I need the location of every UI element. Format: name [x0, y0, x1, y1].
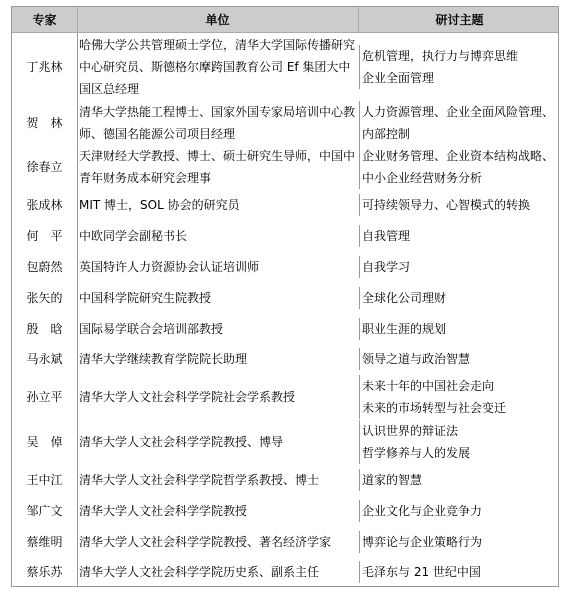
expert-unit: 天津财经大学教授、博士、硕士研究生导师，中国中青年财务成本研究会理事	[78, 145, 359, 189]
expert-topic-text: 危机管理，执行力与博弈思维 企业全面管理	[359, 45, 558, 89]
column-header-unit: 单位	[78, 7, 359, 32]
table-row: 孙立平 清华大学人文社会科学学院社会学系教授 未来十年的中国社会走向 未来的市场…	[12, 374, 558, 419]
expert-name: 吴 倬	[12, 419, 78, 464]
expert-topic-text: 自我学习	[359, 256, 558, 278]
table-row: 王中江 清华大学人文社会科学学院哲学系教授、博士 道家的智慧	[12, 464, 558, 495]
expert-topic-text: 博弈论与企业策略行为	[359, 531, 558, 553]
expert-topic-text: 认识世界的辩证法 哲学修养与人的发展	[359, 420, 558, 464]
expert-unit: MIT 博士，SOL 协会的研究员	[78, 189, 359, 220]
expert-topic: 可持续领导力、心智模式的转换	[359, 189, 558, 220]
expert-topic: 道家的智慧	[359, 464, 558, 495]
table-header-row: 专家 单位 研讨主题	[12, 7, 558, 33]
expert-name: 张成林	[12, 189, 78, 220]
expert-topic: 未来十年的中国社会走向 未来的市场转型与社会变迁	[359, 374, 558, 419]
expert-topic: 认识世界的辩证法 哲学修养与人的发展	[359, 419, 558, 464]
expert-unit: 清华大学人文社会科学学院历史系、副系主任	[78, 557, 359, 586]
column-header-topic: 研讨主题	[359, 7, 558, 32]
expert-topic: 自我学习	[359, 251, 558, 282]
expert-topic-text: 人力资源管理、企业全面风险管理、内部控制	[359, 101, 558, 145]
table-row: 徐春立 天津财经大学教授、博士、硕士研究生导师，中国中青年财务成本研究会理事 企…	[12, 145, 558, 189]
expert-name: 包蔚然	[12, 251, 78, 282]
expert-unit: 清华大学热能工程博士、国家外国专家局培训中心教师、德国名能源公司项目经理	[78, 101, 359, 145]
table-row: 丁兆林 哈佛大学公共管理硕士学位，清华大学国际传播研究中心研究员、斯德格尔摩跨国…	[12, 33, 558, 101]
expert-name: 丁兆林	[12, 33, 78, 101]
expert-name: 张矢的	[12, 282, 78, 313]
expert-topic-text: 企业文化与企业竞争力	[359, 500, 558, 522]
expert-topic: 领导之道与政治智慧	[359, 344, 558, 374]
table-row: 包蔚然 英国特许人力资源协会认证培训师 自我学习	[12, 251, 558, 282]
table-row: 马永斌 清华大学继续教育学院院长助理 领导之道与政治智慧	[12, 344, 558, 374]
expert-name: 马永斌	[12, 344, 78, 374]
expert-name: 孙立平	[12, 374, 78, 419]
expert-unit: 清华大学人文社会科学学院社会学系教授	[78, 374, 359, 419]
table-row: 贺 林 清华大学热能工程博士、国家外国专家局培训中心教师、德国名能源公司项目经理…	[12, 101, 558, 145]
expert-name: 蔡维明	[12, 526, 78, 557]
expert-topic-text: 全球化公司理财	[359, 287, 558, 309]
expert-unit: 国际易学联合会培训部教授	[78, 313, 359, 344]
expert-unit: 清华大学人文社会科学学院教授、博导	[78, 419, 359, 464]
experts-table: 专家 单位 研讨主题 丁兆林 哈佛大学公共管理硕士学位，清华大学国际传播研究中心…	[11, 6, 559, 587]
expert-topic: 博弈论与企业策略行为	[359, 526, 558, 557]
expert-topic: 危机管理，执行力与博弈思维 企业全面管理	[359, 33, 558, 101]
expert-topic-text: 可持续领导力、心智模式的转换	[359, 194, 558, 216]
expert-topic-text: 职业生涯的规划	[359, 318, 558, 340]
expert-name: 徐春立	[12, 145, 78, 189]
table-row: 殷 晗 国际易学联合会培训部教授 职业生涯的规划	[12, 313, 558, 344]
expert-unit: 清华大学继续教育学院院长助理	[78, 344, 359, 374]
expert-unit: 英国特许人力资源协会认证培训师	[78, 251, 359, 282]
expert-unit: 清华大学人文社会科学学院教授	[78, 495, 359, 526]
table-row: 蔡维明 清华大学人文社会科学学院教授、著名经济学家 博弈论与企业策略行为	[12, 526, 558, 557]
expert-topic: 企业文化与企业竞争力	[359, 495, 558, 526]
expert-topic: 企业财务管理、企业资本结构战略、中小企业经营财务分析	[359, 145, 558, 189]
table-row: 张成林 MIT 博士，SOL 协会的研究员 可持续领导力、心智模式的转换	[12, 189, 558, 220]
expert-topic: 毛泽东与 21 世纪中国	[359, 557, 558, 586]
expert-topic-text: 自我管理	[359, 225, 558, 247]
table-row: 吴 倬 清华大学人文社会科学学院教授、博导 认识世界的辩证法 哲学修养与人的发展	[12, 419, 558, 464]
expert-name: 蔡乐苏	[12, 557, 78, 586]
table-row: 邹广文 清华大学人文社会科学学院教授 企业文化与企业竞争力	[12, 495, 558, 526]
expert-topic: 自我管理	[359, 220, 558, 251]
expert-unit: 清华大学人文社会科学学院教授、著名经济学家	[78, 526, 359, 557]
expert-unit: 哈佛大学公共管理硕士学位，清华大学国际传播研究中心研究员、斯德格尔摩跨国教育公司…	[78, 33, 359, 101]
expert-unit: 中欧同学会副秘书长	[78, 220, 359, 251]
expert-name: 王中江	[12, 464, 78, 495]
expert-name: 何 平	[12, 220, 78, 251]
table-row: 何 平 中欧同学会副秘书长 自我管理	[12, 220, 558, 251]
expert-name: 贺 林	[12, 101, 78, 145]
expert-topic-text: 领导之道与政治智慧	[359, 348, 558, 370]
expert-topic-text: 道家的智慧	[359, 469, 558, 491]
expert-topic-text: 企业财务管理、企业资本结构战略、中小企业经营财务分析	[359, 145, 558, 189]
expert-name: 殷 晗	[12, 313, 78, 344]
expert-unit: 中国科学院研究生院教授	[78, 282, 359, 313]
expert-name: 邹广文	[12, 495, 78, 526]
expert-topic-text: 毛泽东与 21 世纪中国	[359, 561, 558, 583]
table-row: 蔡乐苏 清华大学人文社会科学学院历史系、副系主任 毛泽东与 21 世纪中国	[12, 557, 558, 586]
expert-topic-text: 未来十年的中国社会走向 未来的市场转型与社会变迁	[359, 375, 558, 419]
table-row: 张矢的 中国科学院研究生院教授 全球化公司理财	[12, 282, 558, 313]
expert-unit: 清华大学人文社会科学学院哲学系教授、博士	[78, 464, 359, 495]
expert-topic: 人力资源管理、企业全面风险管理、内部控制	[359, 101, 558, 145]
expert-topic: 职业生涯的规划	[359, 313, 558, 344]
column-header-expert: 专家	[12, 7, 78, 32]
expert-topic: 全球化公司理财	[359, 282, 558, 313]
